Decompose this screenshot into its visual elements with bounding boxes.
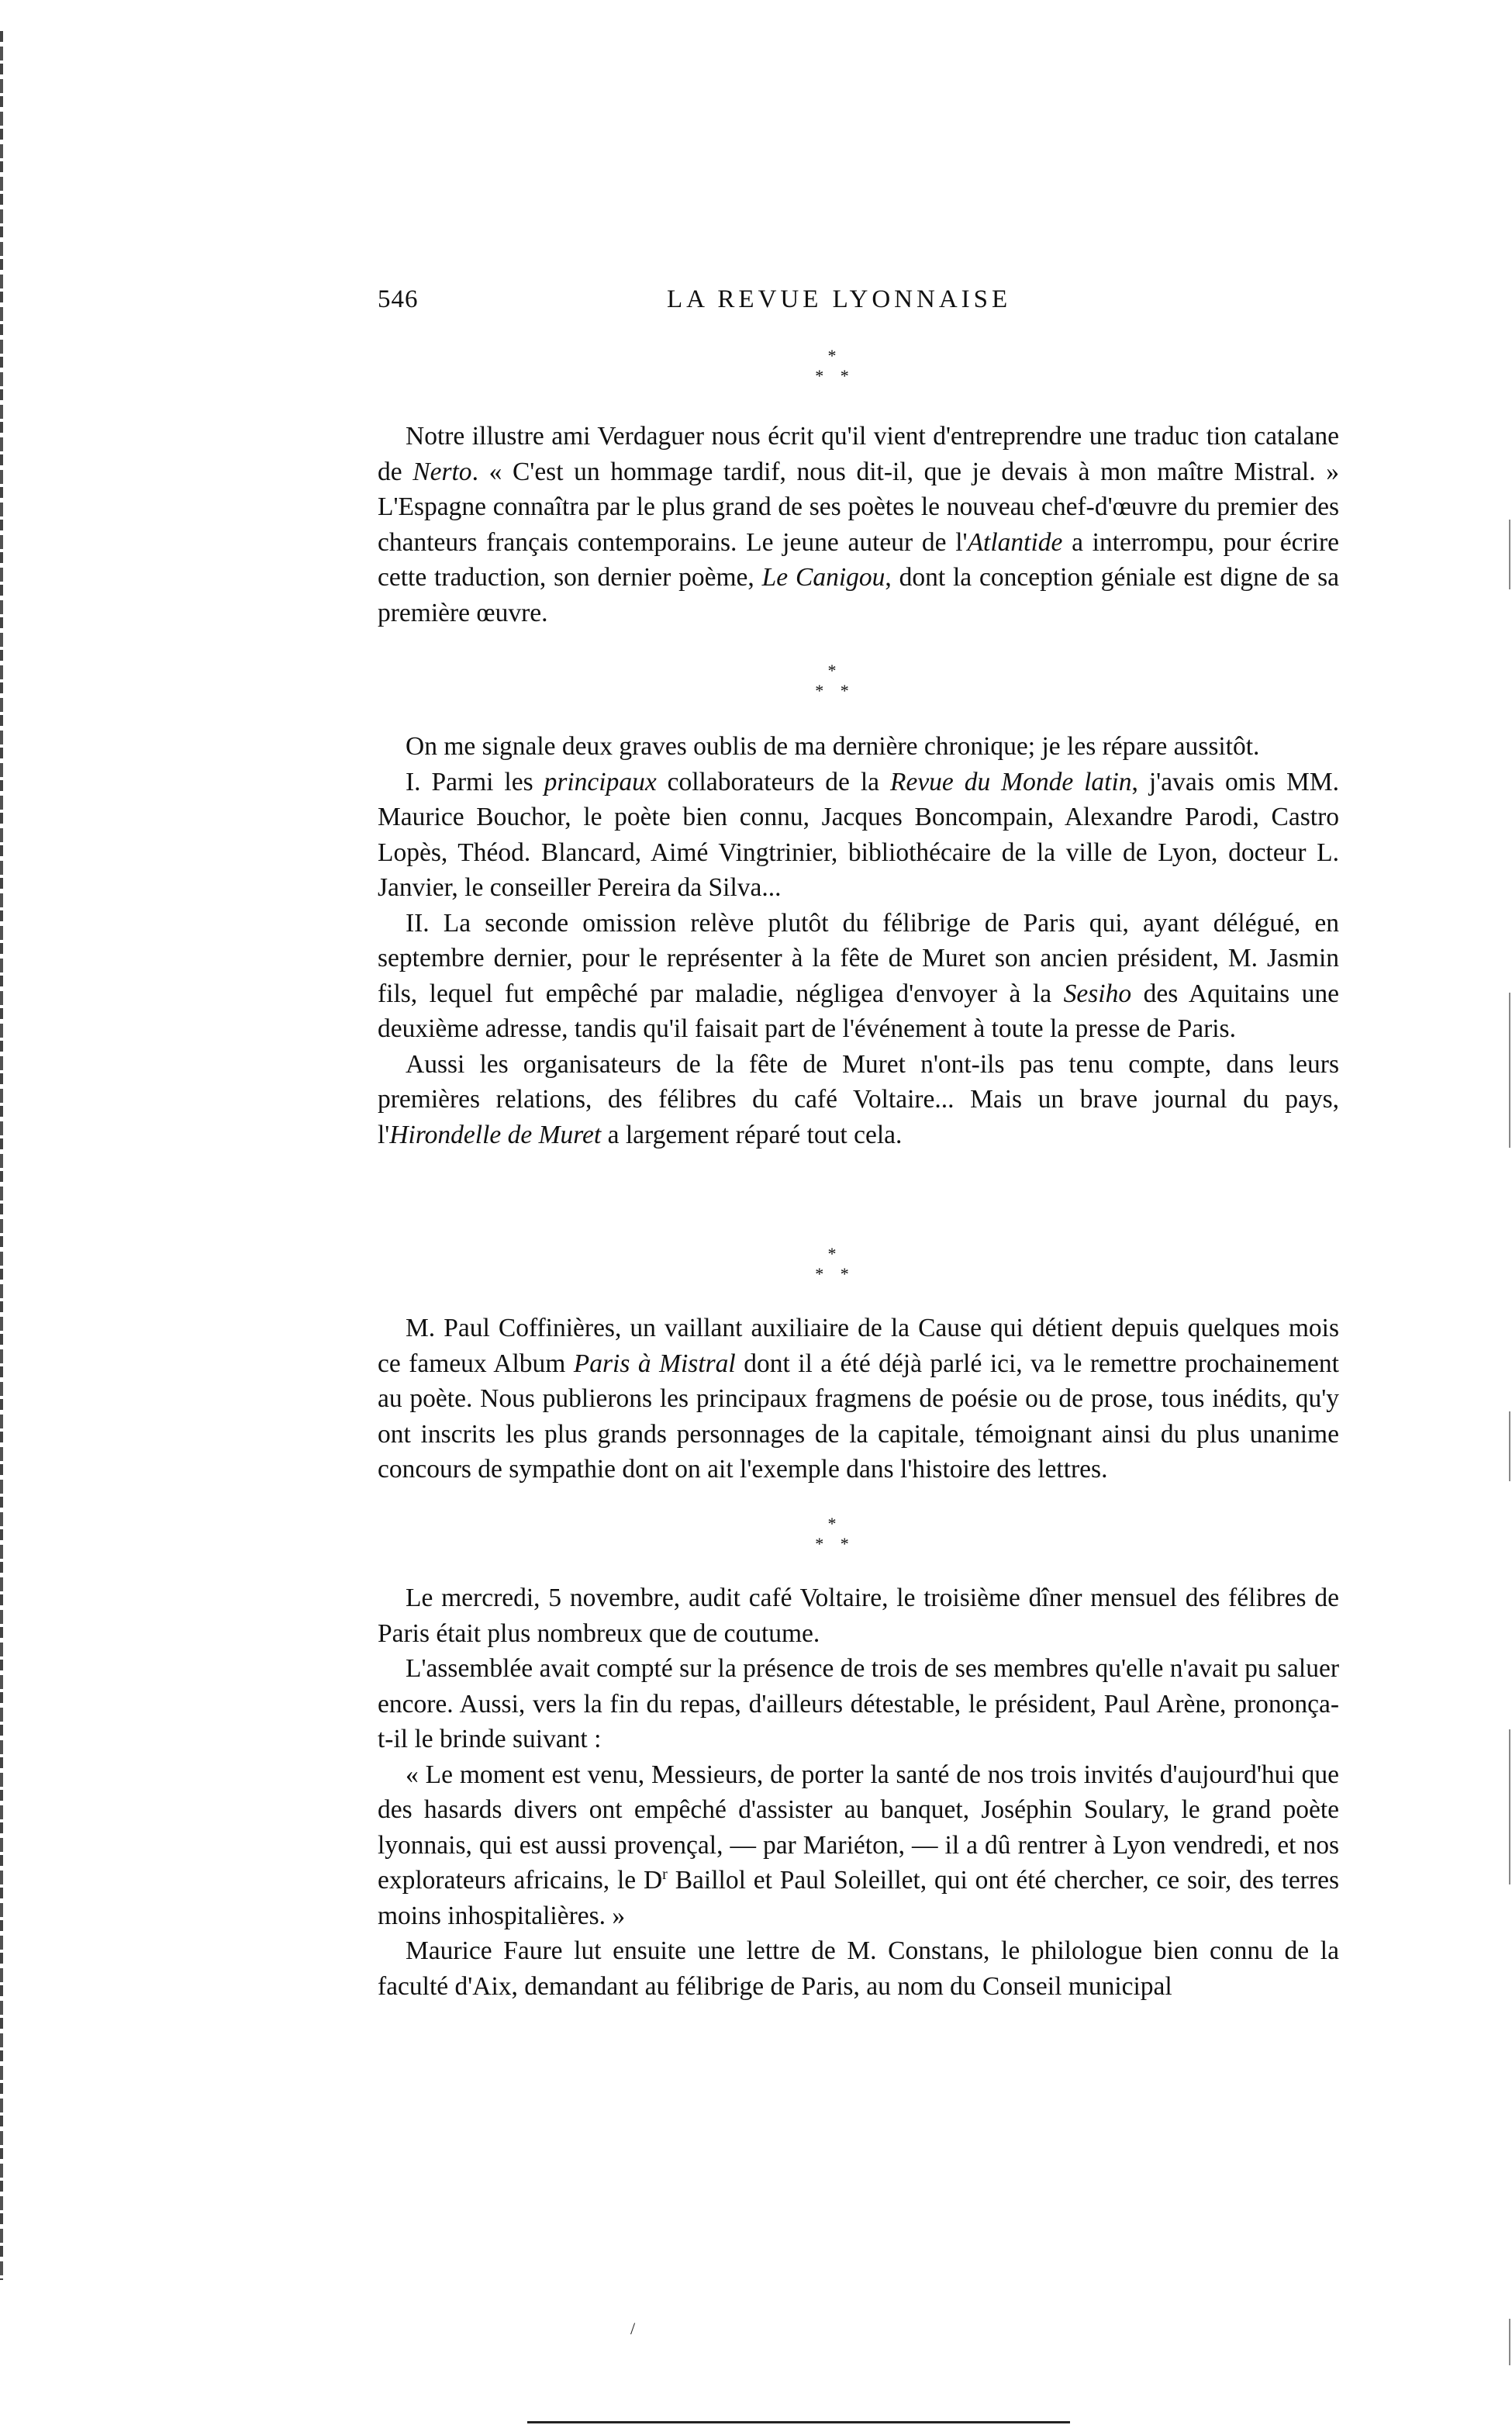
section-separator-asterism: * * * — [801, 661, 863, 701]
page-header: 546 LA REVUE LYONNAISE — [378, 285, 1339, 316]
star-icon: * * — [801, 681, 863, 701]
scan-edge-artifact — [0, 31, 3, 2280]
star-icon: * * — [801, 1534, 863, 1554]
italic-title: Paris à Mistral — [574, 1349, 736, 1378]
star-icon: * * — [801, 1264, 863, 1284]
scan-edge-artifact — [1509, 1411, 1510, 1481]
scan-bottom-edge — [527, 2421, 1070, 2423]
italic-title: Nerto — [413, 458, 471, 486]
italic-title: Le Canigou — [762, 563, 885, 592]
paragraph: Aussi les organisateurs de la fête de Mu… — [378, 1047, 1339, 1153]
section-separator-asterism: * * * — [801, 1244, 863, 1284]
stray-ink-mark: / — [630, 2319, 635, 2339]
star-icon: * — [801, 1244, 863, 1264]
italic-title: Sesiho — [1064, 979, 1131, 1008]
scan-edge-artifact — [1509, 2319, 1510, 2365]
section-omissions: On me signale deux graves oublis de ma d… — [378, 729, 1339, 1152]
scan-edge-artifact — [1509, 520, 1510, 589]
paragraph: L'assemblée avait compté sur la présence… — [378, 1651, 1339, 1757]
superscript: r — [662, 1866, 668, 1883]
section-verdaguer: Notre illustre ami Verdaguer nous écrit … — [378, 419, 1339, 630]
paragraph: « Le moment est venu, Messieurs, de port… — [378, 1757, 1339, 1934]
page-number: 546 — [378, 285, 419, 314]
section-diner-felibres: Le mercredi, 5 novembre, audit café Volt… — [378, 1580, 1339, 2004]
italic-title: principaux — [544, 768, 657, 796]
paragraph: Maurice Faure lut ensuite une lettre de … — [378, 1933, 1339, 2004]
section-separator-asterism: * * * — [801, 1514, 863, 1554]
italic-title: Atlantide — [968, 528, 1063, 557]
paragraph: Notre illustre ami Verdaguer nous écrit … — [378, 419, 1339, 630]
paragraph: Le mercredi, 5 novembre, audit café Volt… — [378, 1580, 1339, 1651]
scan-edge-artifact — [1509, 993, 1510, 1148]
scan-edge-artifact — [1509, 1729, 1510, 1884]
star-icon: * — [801, 346, 863, 366]
star-icon: * — [801, 1514, 863, 1534]
section-separator-asterism: * * * — [801, 346, 863, 386]
paragraph: On me signale deux graves oublis de ma d… — [378, 729, 1339, 765]
paragraph: II. La seconde omission relève plutôt du… — [378, 906, 1339, 1047]
star-icon: * — [801, 661, 863, 681]
paragraph: M. Paul Coffinières, un vaillant auxilia… — [378, 1311, 1339, 1487]
running-title: LA REVUE LYONNAISE — [667, 285, 1011, 314]
paragraph: I. Parmi les principaux collaborateurs d… — [378, 765, 1339, 906]
star-icon: * * — [801, 366, 863, 386]
italic-title: Hirondelle de Muret — [389, 1121, 601, 1149]
section-coffinieres: M. Paul Coffinières, un vaillant auxilia… — [378, 1311, 1339, 1487]
italic-title: Revue du Monde latin — [890, 768, 1132, 796]
